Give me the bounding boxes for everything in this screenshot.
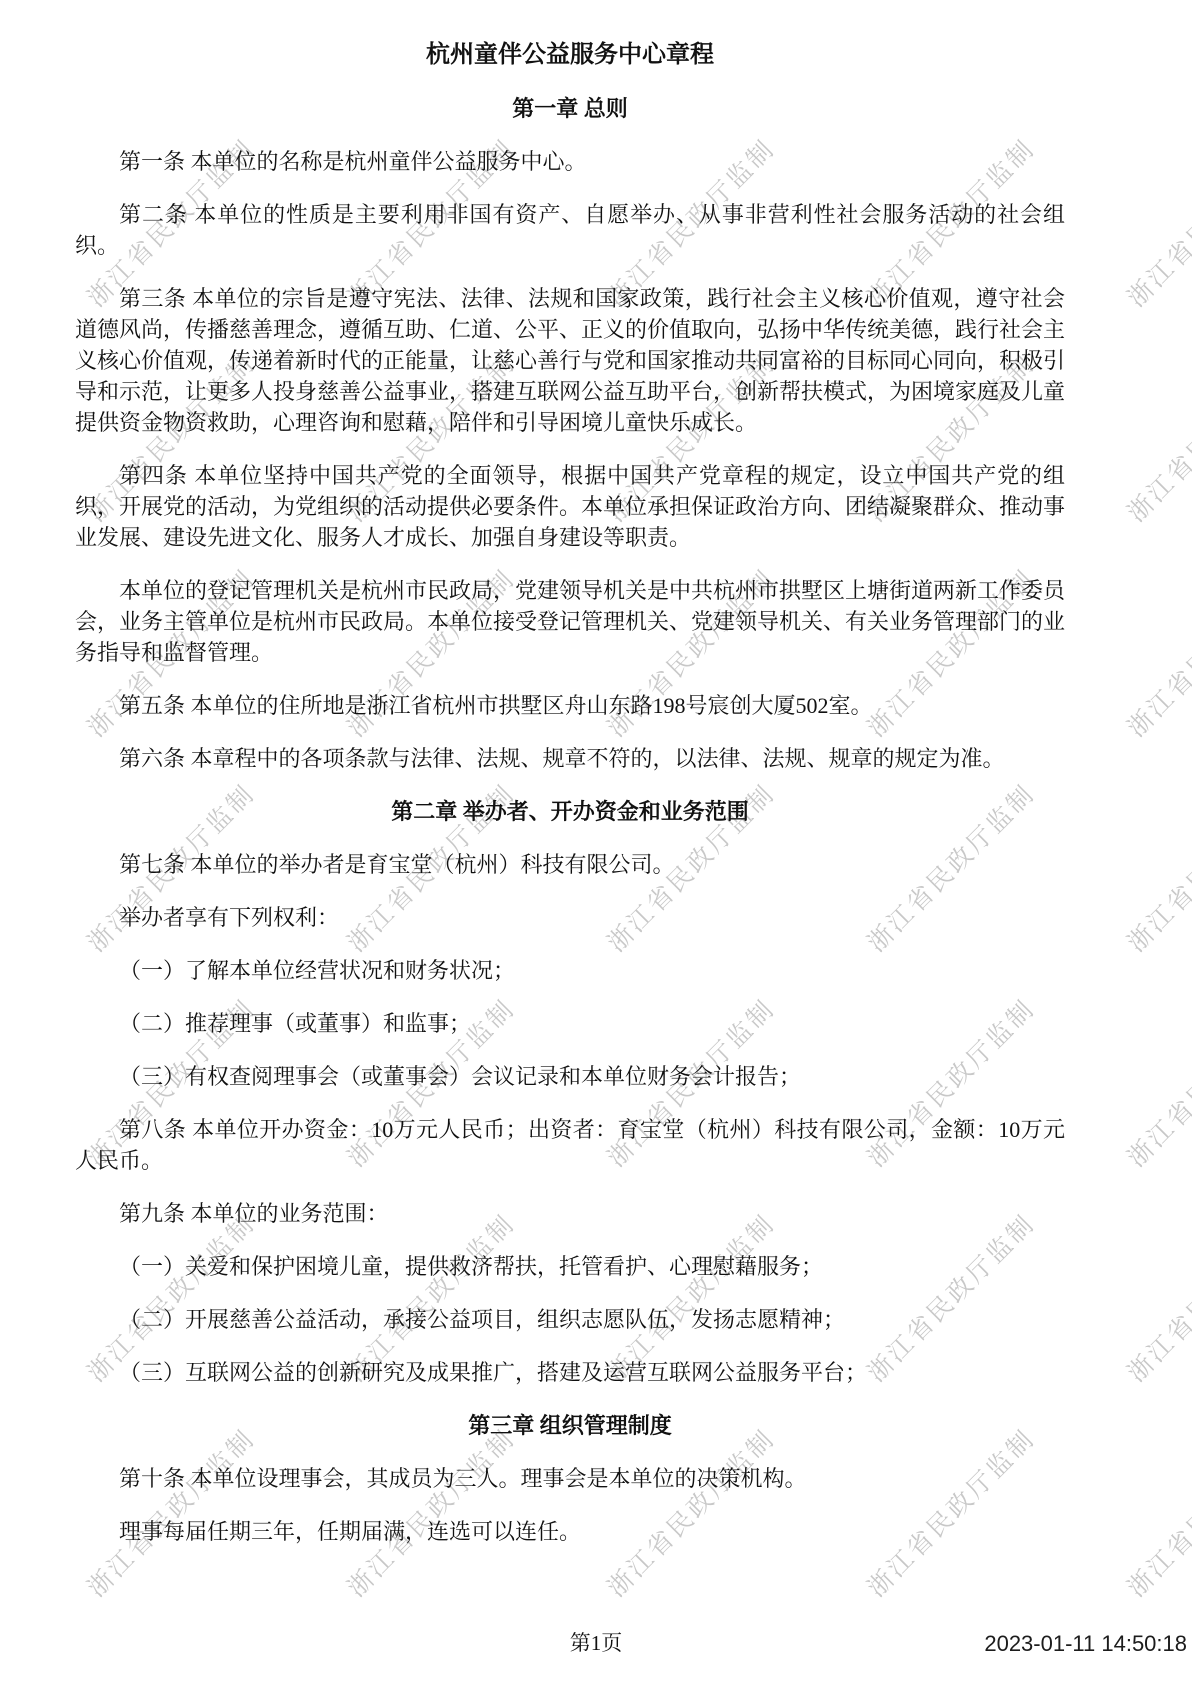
- paragraph-business-item-1: （一）关爱和保护困境儿童，提供救济帮扶，托管看护、心理慰藉服务；: [75, 1251, 1065, 1282]
- chapter-heading-1: 第一章 总则: [75, 93, 1065, 124]
- paragraph-article-1: 第一条 本单位的名称是杭州童伴公益服务中心。: [75, 146, 1065, 177]
- paragraph-right-item-3: （三）有权查阅理事会（或董事会）会议记录和本单位财务会计报告；: [75, 1061, 1065, 1092]
- paragraph-article-6: 第六条 本章程中的各项条款与法律、法规、规章不符的，以法律、法规、规章的规定为准…: [75, 743, 1065, 774]
- page-number: 第1页: [570, 1628, 623, 1659]
- document-page: 浙江省民政厅监制浙江省民政厅监制浙江省民政厅监制浙江省民政厅监制浙江省民政厅监制…: [0, 0, 1192, 1684]
- watermark-text: 浙江省民政厅监制: [1118, 1205, 1192, 1389]
- print-timestamp: 2023-01-11 14:50:18: [984, 1628, 1187, 1659]
- paragraph-article-9: 第九条 本单位的业务范围：: [75, 1198, 1065, 1229]
- paragraph-article-10: 第十条 本单位设理事会，其成员为三人。理事会是本单位的决策机构。: [75, 1463, 1065, 1494]
- watermark-text: 浙江省民政厅监制: [1118, 560, 1192, 744]
- paragraph-article-3: 第三条 本单位的宗旨是遵守宪法、法律、法规和国家政策，践行社会主义核心价值观，遵…: [75, 283, 1065, 438]
- paragraph-founder-rights-intro: 举办者享有下列权利：: [75, 902, 1065, 933]
- paragraph-article-4: 第四条 本单位坚持中国共产党的全面领导，根据中国共产党章程的规定，设立中国共产党…: [75, 460, 1065, 553]
- watermark-text: 浙江省民政厅监制: [1118, 990, 1192, 1174]
- paragraph-registration-authority: 本单位的登记管理机关是杭州市民政局，党建领导机关是中共杭州市拱墅区上塘街道两新工…: [75, 575, 1065, 668]
- watermark-text: 浙江省民政厅监制: [1118, 130, 1192, 314]
- chapter-heading-2: 第二章 举办者、开办资金和业务范围: [75, 796, 1065, 827]
- watermark-text: 浙江省民政厅监制: [1118, 1420, 1192, 1604]
- paragraph-right-item-2: （二）推荐理事（或董事）和监事；: [75, 1008, 1065, 1039]
- paragraph-article-2: 第二条 本单位的性质是主要利用非国有资产、自愿举办、从事非营利性社会服务活动的社…: [75, 199, 1065, 261]
- paragraph-business-item-2: （二）开展慈善公益活动，承接公益项目，组织志愿队伍，发扬志愿精神；: [75, 1304, 1065, 1335]
- paragraph-article-8: 第八条 本单位开办资金：10万元人民币；出资者：育宝堂（杭州）科技有限公司，金额…: [75, 1114, 1065, 1176]
- paragraph-director-term: 理事每届任期三年，任期届满，连选可以连任。: [75, 1516, 1065, 1547]
- paragraph-business-item-3: （三）互联网公益的创新研究及成果推广，搭建及运营互联网公益服务平台；: [75, 1357, 1065, 1388]
- page-footer: 第1页 2023-01-11 14:50:18: [0, 1628, 1192, 1659]
- chapter-heading-3: 第三章 组织管理制度: [75, 1410, 1065, 1441]
- paragraph-article-7: 第七条 本单位的举办者是育宝堂（杭州）科技有限公司。: [75, 849, 1065, 880]
- watermark-text: 浙江省民政厅监制: [1118, 775, 1192, 959]
- watermark-text: 浙江省民政厅监制: [1118, 345, 1192, 529]
- document-title: 杭州童伴公益服务中心章程: [75, 40, 1065, 71]
- document-body: 杭州童伴公益服务中心章程 第一章 总则 第一条 本单位的名称是杭州童伴公益服务中…: [75, 40, 1065, 1569]
- paragraph-right-item-1: （一）了解本单位经营状况和财务状况；: [75, 955, 1065, 986]
- paragraph-article-5: 第五条 本单位的住所地是浙江省杭州市拱墅区舟山东路198号宸创大厦502室。: [75, 690, 1065, 721]
